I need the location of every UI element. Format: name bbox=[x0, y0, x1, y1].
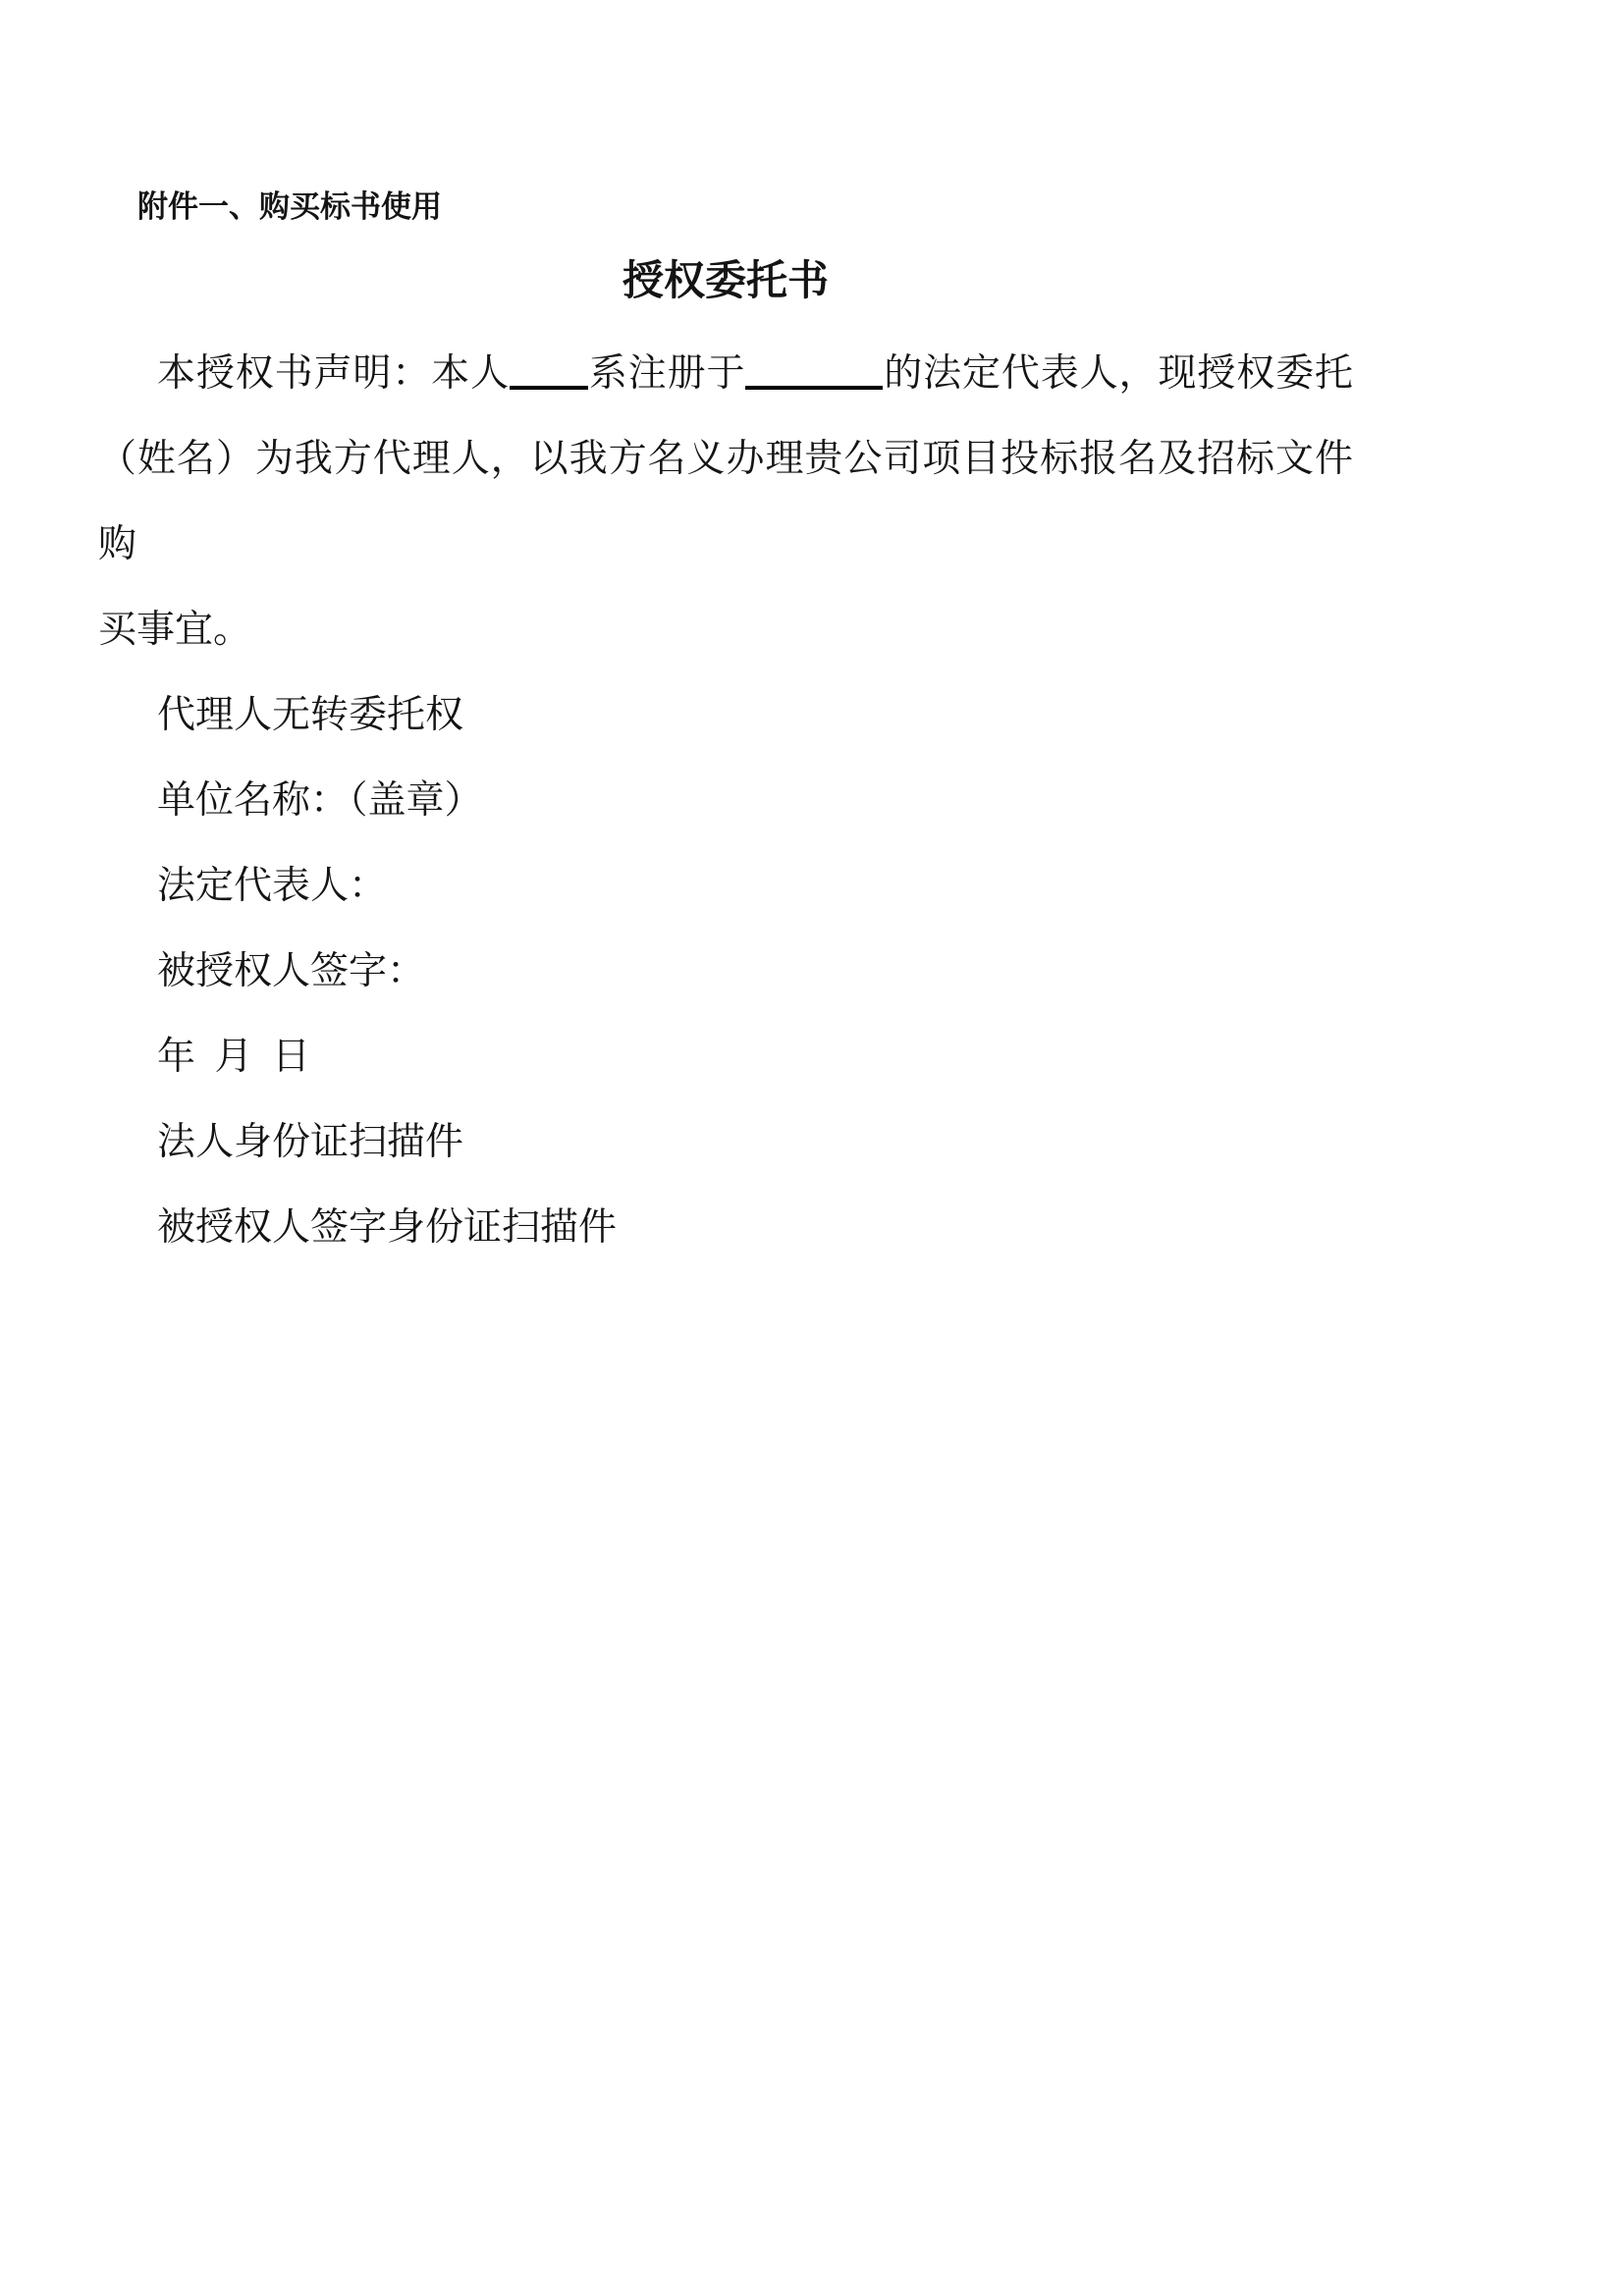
document-line-unit-name-seal: 单位名称：（盖章） bbox=[98, 758, 1353, 843]
paragraph-line-3: 买事宜。 bbox=[98, 587, 1353, 672]
document-line-authorized-person-id-scan: 被授权人签字身份证扫描件 bbox=[98, 1185, 1353, 1270]
paragraph-line-1: 本授权书声明：本人系注册于的法定代表人，现授权委托 bbox=[98, 331, 1353, 416]
blank-underline-registered-place bbox=[745, 356, 883, 390]
paragraph-line-1-text-a: 本授权书声明：本人 bbox=[157, 352, 510, 395]
paragraph-line-1-text-c: 的法定代表人，现授权委托 bbox=[883, 352, 1353, 395]
paragraph-line-1-text-b: 系注册于 bbox=[588, 352, 745, 395]
document-line-legal-representative: 法定代表人： bbox=[98, 843, 1353, 929]
document-line-authorized-signature: 被授权人签字： bbox=[98, 929, 1353, 1014]
document-body: 附件一、购买标书使用 授权委托书 本授权书声明：本人系注册于的法定代表人，现授权… bbox=[98, 0, 1353, 1270]
paragraph-line-2: （姓名）为我方代理人，以我方名义办理贵公司项目投标报名及招标文件购 bbox=[98, 416, 1353, 587]
attachment-heading: 附件一、购买标书使用 bbox=[98, 189, 1353, 225]
document-title: 授权委托书 bbox=[98, 254, 1353, 309]
document-line-no-sub-delegation: 代理人无转委托权 bbox=[98, 672, 1353, 758]
document-line-date: 年 月 日 bbox=[98, 1014, 1353, 1099]
blank-underline-name bbox=[510, 356, 588, 390]
document-line-legal-person-id-scan: 法人身份证扫描件 bbox=[98, 1099, 1353, 1185]
document-page: 附件一、购买标书使用 授权委托书 本授权书声明：本人系注册于的法定代表人，现授权… bbox=[0, 0, 1624, 2296]
